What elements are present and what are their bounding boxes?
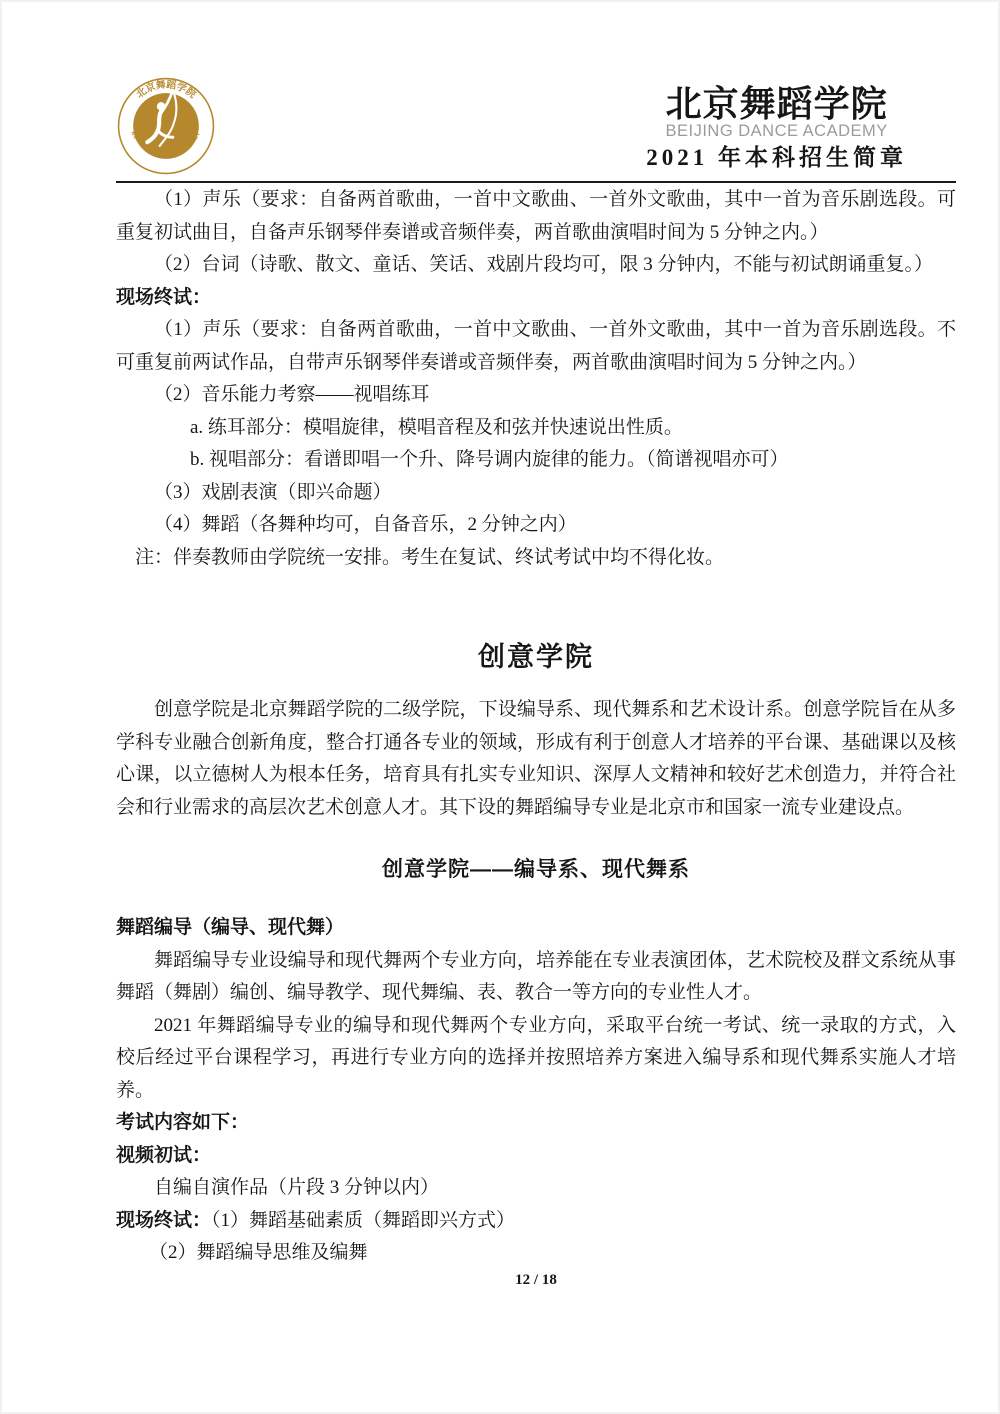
label-onsite-final-creative: 现场终试： (116, 1210, 211, 1231)
paragraph-onsite-final-line1: 现场终试：（1）舞蹈基础素质（舞蹈即兴方式） (116, 1205, 956, 1238)
page-header: 北京舞蹈学院 BEIJING DANCE ACADEMY 北京舞蹈学院 BEIJ… (2, 2, 998, 181)
header-title-english: BEIJING DANCE ACADEMY (646, 123, 907, 140)
page-number: 12 / 18 (116, 1270, 956, 1290)
paragraph-drama-performance: （3）戏剧表演（即兴命题） (116, 477, 956, 510)
paragraph-video-item: 自编自演作品（片段 3 分钟以内） (116, 1172, 956, 1205)
label-video-first-round: 视频初试： (116, 1140, 956, 1173)
paragraph-sight-singing: b. 视唱部分：看谱即唱一个升、降号调内旋律的能力。（简谱视唱亦可） (116, 444, 956, 477)
academy-seal-icon: 北京舞蹈学院 BEIJING DANCE ACADEMY (117, 77, 215, 175)
paragraph-final-vocal: （1）声乐（要求：自备两首歌曲，一首中文歌曲、一首外文歌曲，其中一首为音乐剧选段… (116, 314, 956, 379)
label-onsite-final-musical: 现场终试： (116, 282, 956, 315)
section-title-creative-college: 创意学院 (116, 637, 956, 677)
text-final-item1: （1）舞蹈基础素质（舞蹈即兴方式） (211, 1210, 515, 1231)
paragraph-final-music-ability: （2）音乐能力考察——视唱练耳 (116, 379, 956, 412)
header-title-chinese: 北京舞蹈学院 (646, 86, 907, 122)
paragraph-retest-lines: （2）台词（诗歌、散文、童话、笑话、戏剧片段均可，限 3 分钟内，不能与初试朗诵… (116, 249, 956, 282)
paragraph-major-intro: 舞蹈编导专业设编导和现代舞两个专业方向，培养能在专业表演团体，艺术院校及群文系统… (116, 945, 956, 1010)
section-subtitle-departments: 创意学院——编导系、现代舞系 (116, 854, 956, 886)
paragraph-major-2021: 2021 年舞蹈编导专业的编导和现代舞两个专业方向，采取平台统一考试、统一录取的… (116, 1010, 956, 1108)
paragraph-dance-item: （4）舞蹈（各舞种均可，自备音乐，2 分钟之内） (116, 509, 956, 542)
document-body: （1）声乐（要求：自备两首歌曲，一首中文歌曲、一首外文歌曲，其中一首为音乐剧选段… (116, 184, 956, 1290)
paragraph-note: 注：伴奏教师由学院统一安排。考生在复试、终试考试中均不得化妆。 (116, 542, 956, 575)
paragraph-final-item2: （2）舞蹈编导思维及编舞 (116, 1237, 956, 1270)
header-subtitle: 2021 年本科招生简章 (646, 146, 907, 169)
paragraph-retest-vocal: （1）声乐（要求：自备两首歌曲，一首中文歌曲、一首外文歌曲，其中一首为音乐剧选段… (116, 184, 956, 249)
paragraph-ear-training: a. 练耳部分：模唱旋律，模唱音程及和弦并快速说出性质。 (116, 412, 956, 445)
label-exam-content: 考试内容如下： (116, 1107, 956, 1140)
header-divider (116, 181, 956, 183)
paragraph-creative-intro: 创意学院是北京舞蹈学院的二级学院，下设编导系、现代舞系和艺术设计系。创意学院旨在… (116, 694, 956, 824)
heading-choreography-major: 舞蹈编导（编导、现代舞） (116, 912, 956, 945)
header-title-block: 北京舞蹈学院 BEIJING DANCE ACADEMY 2021 年本科招生简… (646, 86, 907, 169)
document-page: 北京舞蹈学院 BEIJING DANCE ACADEMY 北京舞蹈学院 BEIJ… (0, 0, 1000, 1414)
